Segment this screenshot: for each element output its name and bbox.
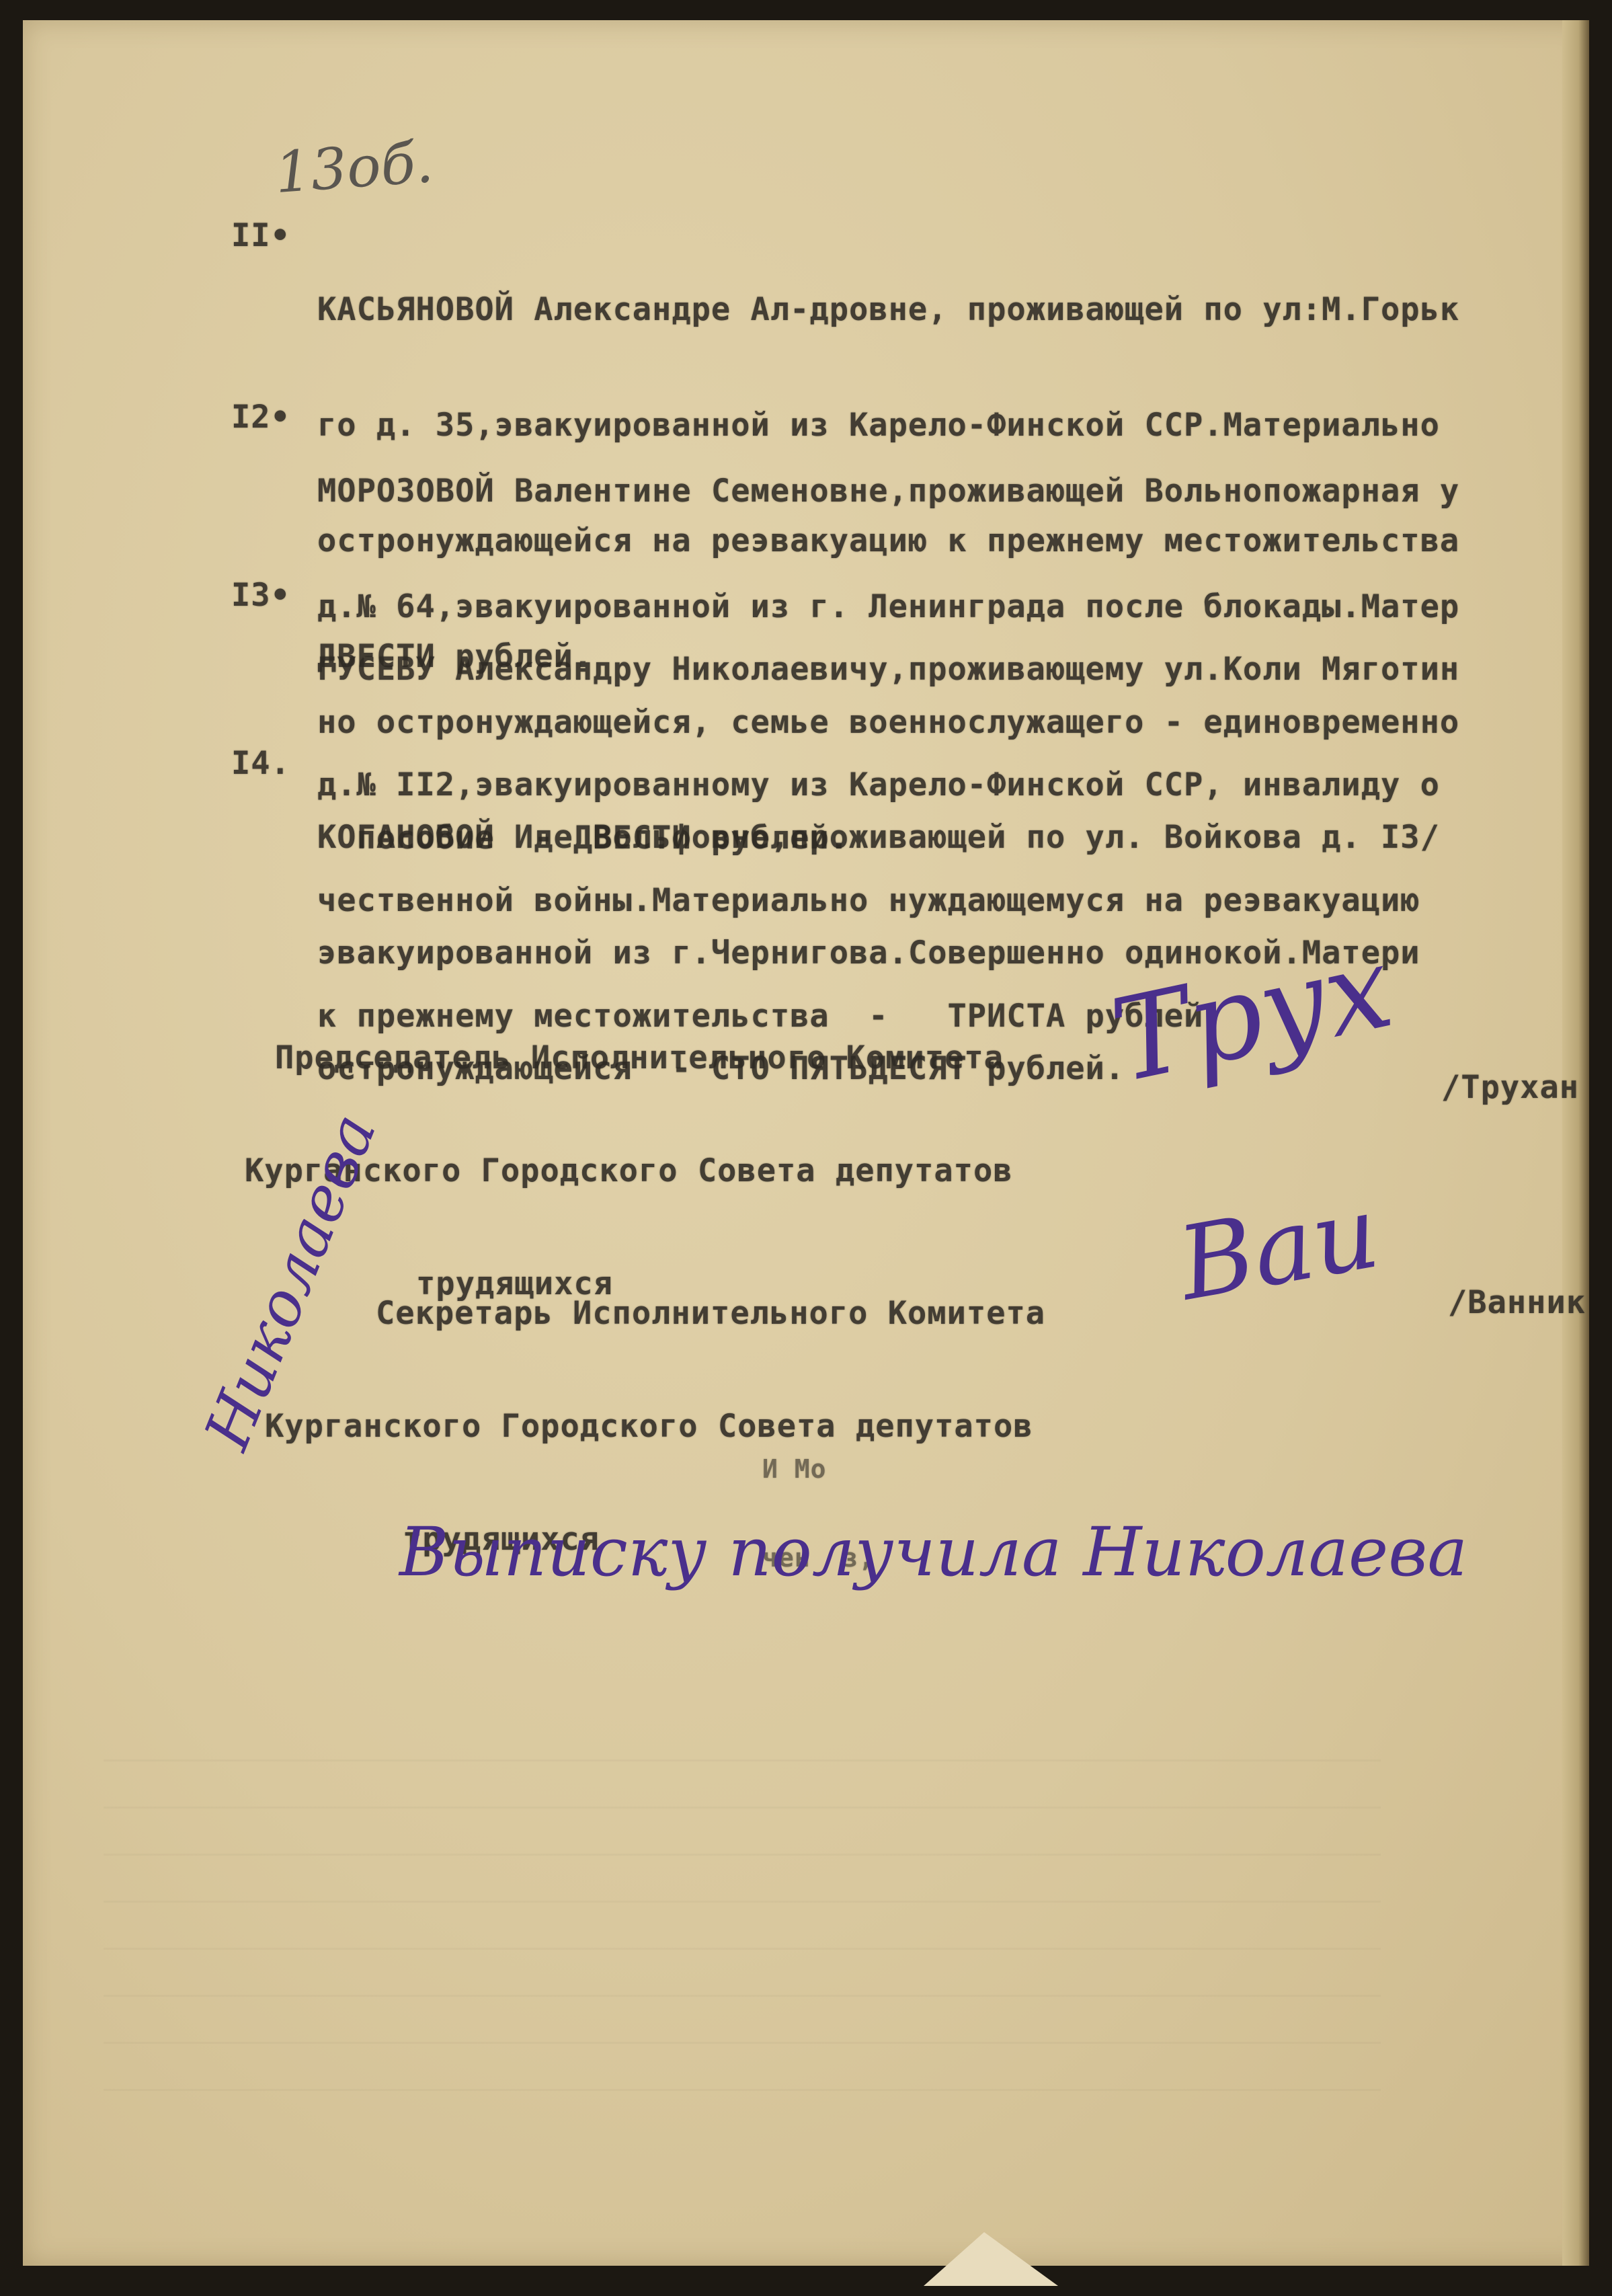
list-item-12: I2• МОРОЗОВОЙ Валентине Семеновне,прожив… [231, 397, 1589, 545]
item-number: I4. [231, 743, 290, 785]
secretary-name: /Ванник [1448, 1284, 1586, 1321]
signatory-title: Секретарь Исполнительного Комитета [275, 1294, 1045, 1333]
archive-sheet-number: 13об. [273, 129, 436, 206]
item-line: КАСЬЯНОВОЙ Александре Ал-дровне, прожива… [317, 289, 1459, 331]
stamp-line: И Мо [762, 1454, 875, 1484]
list-item-14: I4. КОГАНОВОЙ Иде Вольфовне,проживающей … [231, 743, 1589, 891]
torn-corner [924, 2232, 1058, 2286]
item-number: II• [231, 215, 290, 257]
secretary-handwritten-signature: Ваи [1170, 1174, 1387, 1324]
handwritten-receipt-note: Выписку получила Николаева [399, 1513, 1467, 1591]
bleed-through-text [104, 1714, 1381, 2091]
item-number: I3• [231, 575, 290, 617]
item-number: I2• [231, 397, 290, 438]
item-line: ГУСЕВУ Александру Николаевичу,проживающе… [317, 649, 1459, 690]
signatory-title: Председатель Исполнительного Комитета [275, 1039, 1013, 1078]
item-line: МОРОЗОВОЙ Валентине Семеновне,проживающе… [317, 471, 1459, 512]
list-item-11: II• КАСЬЯНОВОЙ Александре Ал-дровне, про… [231, 215, 1589, 363]
document-page: 13об. II• КАСЬЯНОВОЙ Александре Ал-дровн… [23, 20, 1589, 2266]
list-item-13: I3• ГУСЕВУ Александру Николаевичу,прожив… [231, 575, 1589, 723]
signatory-title: Курганского Городского Совета депутатов [265, 1407, 1045, 1446]
item-line: КОГАНОВОЙ Иде Вольфовне,проживающей по у… [317, 817, 1440, 859]
chairman-name: /Трухан [1441, 1069, 1579, 1106]
